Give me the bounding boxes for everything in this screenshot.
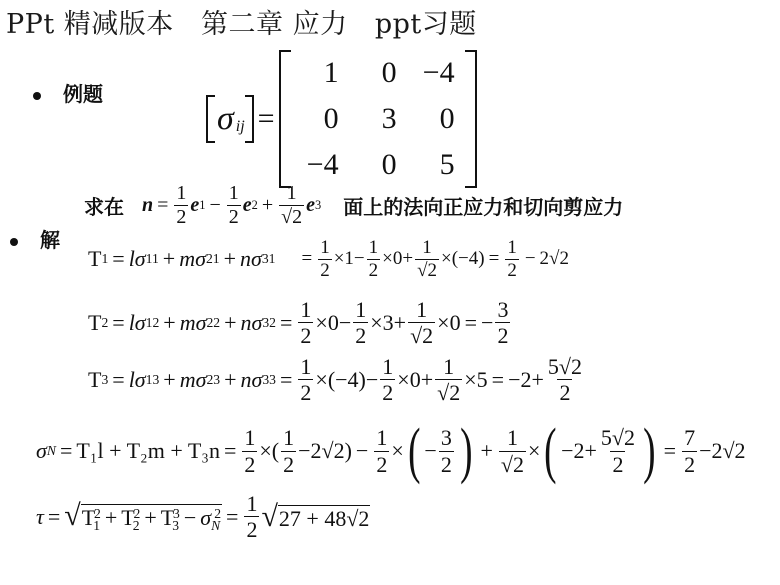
matrix-cell: 1 [291,56,349,90]
equation-tau: τ = √T12+T22+T33−σN2 = 12 √27 + 48√2 [36,492,370,541]
operator: − [210,194,221,217]
bullet-example: 例题 [33,78,103,107]
matrix-cell: 5 [407,148,465,182]
bullet-solution: 解 [10,224,60,253]
radicand: T12+T22+T33−σN2 [81,504,222,530]
bullet-dot-icon [10,238,18,246]
bullet-label-example: 例题 [63,82,103,106]
matrix-right-bracket [465,50,477,188]
matrix-cell: −4 [407,56,465,90]
sigma-subscript: ij [236,118,245,136]
matrix-cell: 0 [349,56,407,90]
matrix-lhs: σij = [206,95,279,143]
matrix-cell: 0 [349,148,407,182]
lhs-left-bracket [206,95,215,143]
equation-t3: T3 = lσ13 + mσ23 + nσ33 = 12 ×(−4) − 12 … [88,355,586,404]
right-paren: ) [643,420,655,482]
sqrt-sign: √T12+T22+T33−σN2 [64,499,222,534]
right-paren: ) [460,420,472,482]
slide-title: PPt 精减版本 第二章 应力 ppt习题 [6,2,477,41]
stress-matrix-equation: σij = 1 0 −4 0 3 0 −4 0 5 [206,50,477,188]
equals-sign: = [258,102,275,136]
equation-t1: T1 = lσ11 + mσ21 + nσ31 = 12 ×1 − 12 ×0 … [88,238,569,281]
matrix-left-bracket [279,50,291,188]
fraction: 1√2 [279,183,304,228]
equation-t2: T2 = lσ12 + mσ22 + nσ32 = 12 ×0 − 12 ×3 … [88,298,512,347]
matrix-grid: 1 0 −4 0 3 0 −4 0 5 [291,50,465,188]
left-paren: ( [408,420,420,482]
question-suffix: 面上的法向正应力和切向剪应力 [343,191,623,220]
question-prefix: 求在 [84,191,124,220]
matrix-cell: 0 [291,102,349,136]
bullet-label-solution: 解 [40,228,60,252]
normal-vector-expression: n = 12 e1 − 12 e2 + 1√2 e3 [142,183,321,228]
matrix-cell: 3 [349,102,407,136]
sigma-symbol: σ [215,100,236,138]
sqrt-sign: √27 + 48√2 [261,500,370,534]
question-line: 求在 n = 12 e1 − 12 e2 + 1√2 e3 面上的法向正应力和切… [84,183,623,228]
n-symbol: n [142,194,153,217]
lhs-right-bracket [245,95,254,143]
operator: = [157,194,168,217]
operator: + [262,194,273,217]
equation-sigma-n: σN = T₁l + T₂m + T₃n = 12 ×( 12 −2√2) − … [36,420,746,482]
left-paren: ( [545,420,557,482]
fraction: 12 [227,183,241,228]
bullet-dot-icon [33,92,41,100]
matrix-cell: −4 [291,148,349,182]
fraction: 12 [174,183,188,228]
matrix-cell: 0 [407,102,465,136]
